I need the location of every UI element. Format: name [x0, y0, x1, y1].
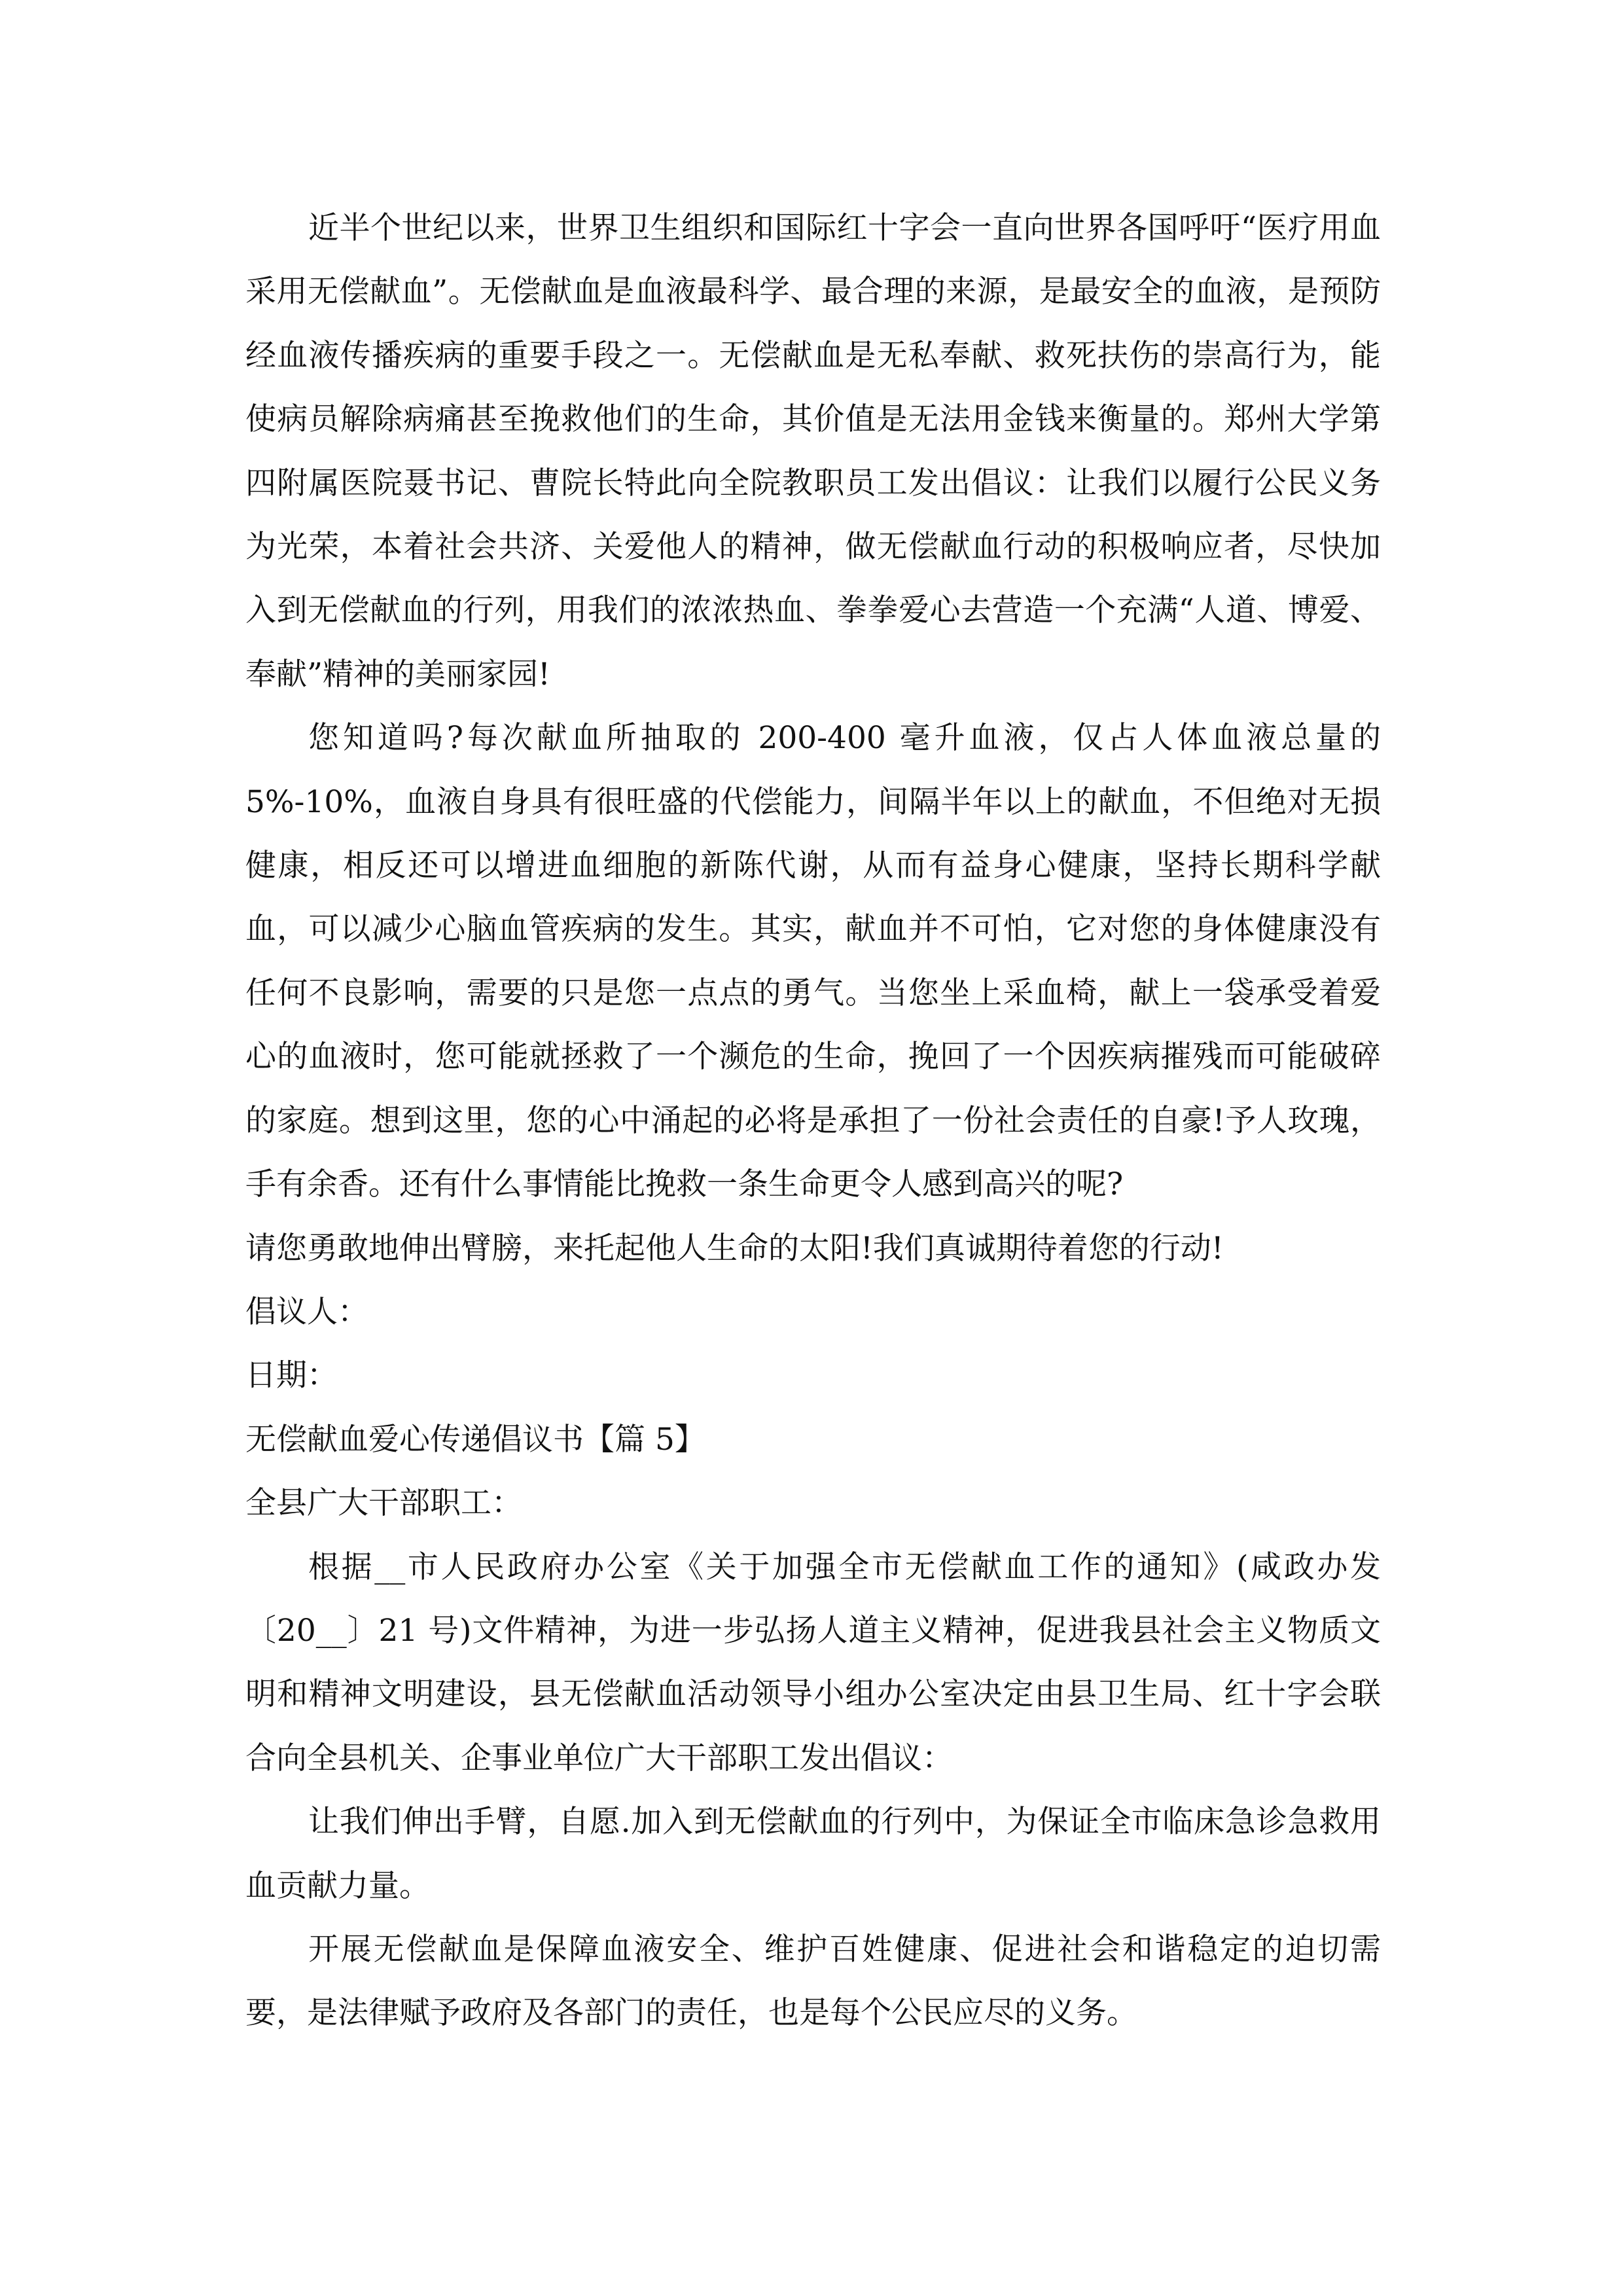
salutation: 全县广大干部职工：	[245, 1471, 1381, 1535]
paragraph-call-to-action: 请您勇敢地伸出臂膀，来托起他人生命的太阳!我们真诚期待着您的行动!	[245, 1217, 1381, 1280]
document-body: 近半个世纪以来，世界卫生组织和国际红十字会一直向世界各国呼吁“医疗用血采用无偿献…	[245, 196, 1381, 2045]
paragraph-significance: 开展无偿献血是保障血液安全、维护百姓健康、促进社会和谐稳定的迫切需要，是法律赋予…	[245, 1918, 1381, 2045]
paragraph-appeal-intro: 近半个世纪以来，世界卫生组织和国际红十字会一直向世界各国呼吁“医疗用血采用无偿献…	[245, 196, 1381, 706]
document-page: 近半个世纪以来，世界卫生组织和国际红十字会一直向世界各国呼吁“医疗用血采用无偿献…	[0, 0, 1623, 2296]
paragraph-donation-facts: 您知道吗?每次献血所抽取的 200-400 毫升血液，仅占人体血液总量的5%-1…	[245, 706, 1381, 1216]
paragraph-notice-basis: 根据__市人民政府办公室《关于加强全市无偿献血工作的通知》(咸政办发〔20__〕…	[245, 1535, 1381, 1791]
section-title: 无偿献血爱心传递倡议书【篇 5】	[245, 1408, 1381, 1471]
initiator-label: 倡议人：	[245, 1280, 1381, 1344]
paragraph-join-donation: 让我们伸出手臂，自愿.加入到无偿献血的行列中，为保证全市临床急诊急救用血贡献力量…	[245, 1790, 1381, 1918]
date-label: 日期：	[245, 1344, 1381, 1407]
